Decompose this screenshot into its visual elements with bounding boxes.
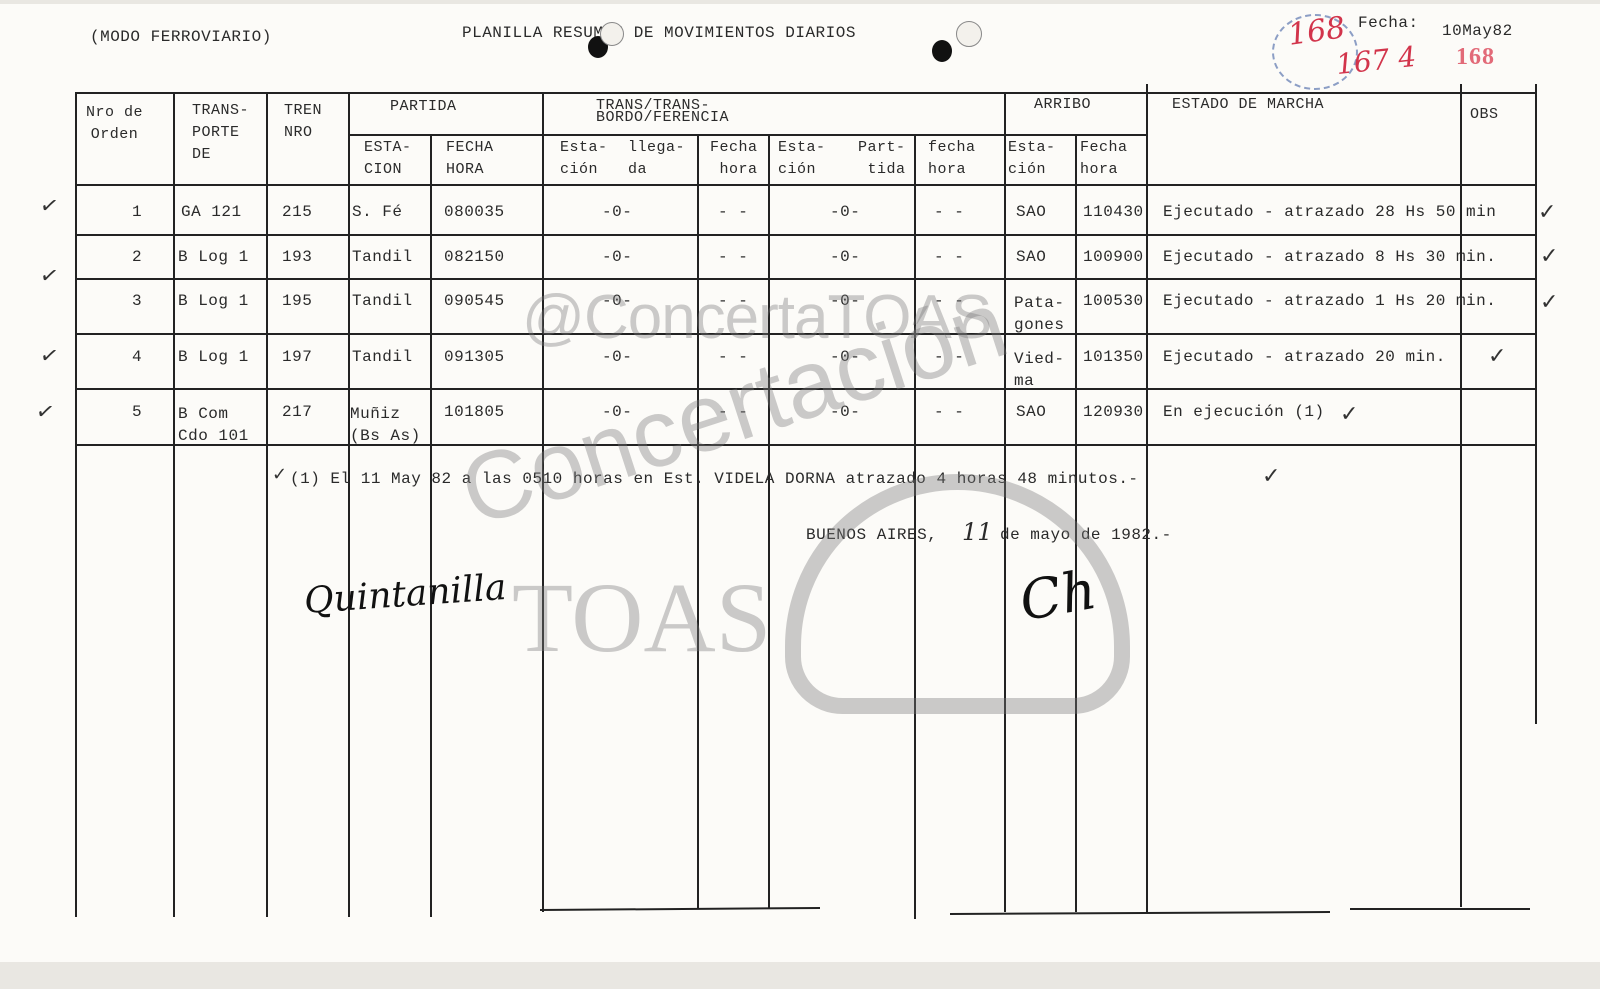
cell-tb-fecha2: - -: [934, 403, 964, 421]
checkmark-icon: ✓: [1262, 464, 1280, 489]
cell-fecha: 101805: [444, 403, 505, 421]
cell-arribo-est: Vied- ma: [1014, 348, 1065, 392]
punch-hole-ring: [600, 22, 624, 46]
row-divider: [75, 333, 1537, 335]
col-header-tren: TREN NRO: [284, 100, 322, 144]
table-bottom-border: [540, 907, 820, 911]
punch-hole-ring: [956, 21, 982, 47]
cell-tren: 195: [282, 292, 312, 310]
cell-tren: 197: [282, 348, 312, 366]
col-border: [430, 134, 432, 917]
cell-tb-est-lleg: -0-: [602, 203, 632, 221]
cell-arribo-fecha: 100530: [1083, 292, 1144, 310]
cell-tb-fecha: - -: [718, 248, 748, 266]
cell-tren: 217: [282, 403, 312, 421]
checkmark-icon: ✓: [34, 399, 56, 427]
cell-transporte: B Log 1: [178, 292, 249, 310]
fecha-label: Fecha:: [1358, 14, 1419, 32]
cell-fecha: 080035: [444, 203, 505, 221]
col-header-tb-fecha2: fecha hora: [928, 137, 976, 181]
cell-estado: Ejecutado - atrazado 28 Hs 50 min: [1163, 203, 1496, 221]
col-header-tb-estacion: Esta- ción: [560, 137, 608, 181]
row-divider: [75, 234, 1537, 236]
checkmark-icon: ✓: [1540, 290, 1558, 315]
cell-tb-est-part: -0-: [830, 348, 860, 366]
col-header-tb-partida: Part- tida: [858, 137, 906, 181]
cell-transporte: B Log 1: [178, 348, 249, 366]
signature-left: Quintanilla: [303, 567, 508, 622]
cell-estado: En ejecución (1): [1163, 403, 1325, 421]
watermark-handle: @ConcertaTOAS: [522, 282, 991, 353]
col-header-tb-estacion2: Esta- ción: [778, 137, 826, 181]
cell-estacion: S. Fé: [352, 203, 403, 221]
col-header-arribo-fecha: Fecha hora: [1080, 137, 1128, 181]
col-border: [348, 92, 350, 917]
table-bottom-border: [950, 911, 1330, 915]
col-border: [697, 134, 699, 909]
cell-tb-est-lleg: -0-: [602, 403, 632, 421]
cell-arribo-est: Pata- gones: [1014, 292, 1065, 336]
checkmark-icon: ✓: [272, 464, 287, 485]
mode-label: (MODO FERROVIARIO): [90, 28, 272, 46]
cell-nro: 4: [132, 348, 142, 366]
col-header-arribo-estacion: Esta- ción: [1008, 137, 1056, 181]
checkmark-icon: ✓: [1340, 402, 1358, 427]
cell-tb-est-part: -0-: [830, 403, 860, 421]
cell-transporte: B Com Cdo 101: [178, 403, 249, 447]
checkmark-icon: ✓: [38, 193, 60, 221]
col-header-partida-estacion: ESTA- CION: [364, 137, 412, 181]
cell-arribo-fecha: 120930: [1083, 403, 1144, 421]
cell-tb-fecha: - -: [718, 292, 748, 310]
cell-fecha: 091305: [444, 348, 505, 366]
col-header-nro-orden: Nro de Orden: [86, 102, 143, 146]
col-border: [542, 92, 544, 912]
folio-handwritten: 167 4: [1334, 40, 1417, 81]
row-divider: [75, 444, 1537, 446]
col-border: [768, 134, 770, 909]
col-header-transbordo: TRANS/TRANS- BORDO/FERENCIA: [596, 100, 729, 124]
row-divider: [75, 278, 1537, 280]
cell-tb-est-part: -0-: [830, 292, 860, 310]
cell-tb-fecha: - -: [718, 403, 748, 421]
checkmark-icon: ✓: [1488, 344, 1506, 369]
watermark-toas: TOAS: [512, 560, 771, 675]
cell-nro: 1: [132, 203, 142, 221]
col-border: [1535, 84, 1537, 724]
cell-arribo-est: SAO: [1016, 403, 1046, 421]
cell-tb-fecha2: - -: [934, 203, 964, 221]
cell-tb-fecha2: - -: [934, 292, 964, 310]
cell-nro: 2: [132, 248, 142, 266]
col-border: [75, 92, 77, 917]
cell-arribo-fecha: 110430: [1083, 203, 1144, 221]
cell-estado: Ejecutado - atrazado 20 min.: [1163, 348, 1446, 366]
table-top-border: [75, 92, 1535, 94]
table-bottom-border: [1350, 908, 1530, 910]
cell-estacion: Tandil: [352, 292, 413, 310]
cell-tb-est-lleg: -0-: [602, 292, 632, 310]
cell-tb-est-lleg: -0-: [602, 248, 632, 266]
cell-transporte: B Log 1: [178, 248, 249, 266]
cell-tb-fecha: - -: [718, 203, 748, 221]
cell-estado: Ejecutado - atrazado 1 Hs 20 min.: [1163, 292, 1496, 310]
col-header-obs: OBS: [1470, 106, 1499, 123]
cell-nro: 5: [132, 403, 142, 421]
cell-fecha: 082150: [444, 248, 505, 266]
cell-estado: Ejecutado - atrazado 8 Hs 30 min.: [1163, 248, 1496, 266]
cell-tren: 215: [282, 203, 312, 221]
col-header-partida-fecha: FECHA HORA: [446, 137, 494, 181]
cell-fecha: 090545: [444, 292, 505, 310]
cell-tb-fecha2: - -: [934, 348, 964, 366]
cell-estacion: Tandil: [352, 248, 413, 266]
col-border: [173, 92, 175, 917]
col-header-transporte: TRANS- PORTE DE: [192, 100, 249, 166]
col-header-estado: ESTADO DE MARCHA: [1172, 96, 1324, 113]
cell-tb-fecha: - -: [718, 348, 748, 366]
col-header-tb-fecha: Fecha hora: [710, 137, 758, 181]
document-page: (MODO FERROVIARIO) PLANILLA RESUMEN DE M…: [0, 4, 1600, 962]
cell-tb-est-lleg: -0-: [602, 348, 632, 366]
folio-stamped: 168: [1456, 44, 1495, 71]
cell-arribo-est: SAO: [1016, 248, 1046, 266]
fecha-value: 10May82: [1442, 22, 1513, 40]
checkmark-icon: ✓: [1540, 244, 1558, 269]
row-divider: [75, 388, 1537, 390]
cell-transporte: GA 121: [181, 203, 242, 221]
cell-arribo-fecha: 100900: [1083, 248, 1144, 266]
cell-tb-fecha2: - -: [934, 248, 964, 266]
subheader-divider: [348, 134, 1146, 136]
cell-estacion: Muñiz (Bs As): [350, 403, 421, 447]
cell-tren: 193: [282, 248, 312, 266]
watermark-helmet-logo: [785, 474, 1130, 714]
cell-estacion: Tandil: [352, 348, 413, 366]
cell-tb-est-part: -0-: [830, 248, 860, 266]
col-border: [266, 92, 268, 917]
cell-tb-est-part: -0-: [830, 203, 860, 221]
col-header-tb-llegada: llega- da: [628, 137, 685, 181]
header-bottom-border: [75, 184, 1535, 186]
checkmark-icon: ✓: [38, 263, 60, 291]
col-header-arribo: ARRIBO: [1034, 96, 1091, 113]
col-header-partida: PARTIDA: [390, 98, 457, 115]
cell-arribo-fecha: 101350: [1083, 348, 1144, 366]
checkmark-icon: ✓: [38, 343, 60, 371]
cell-nro: 3: [132, 292, 142, 310]
document-title: PLANILLA RESUMEN DE MOVIMIENTOS DIARIOS: [462, 24, 856, 42]
cell-arribo-est: SAO: [1016, 203, 1046, 221]
punch-hole: [932, 40, 952, 62]
checkmark-icon: ✓: [1538, 200, 1556, 225]
col-border: [1146, 84, 1148, 912]
